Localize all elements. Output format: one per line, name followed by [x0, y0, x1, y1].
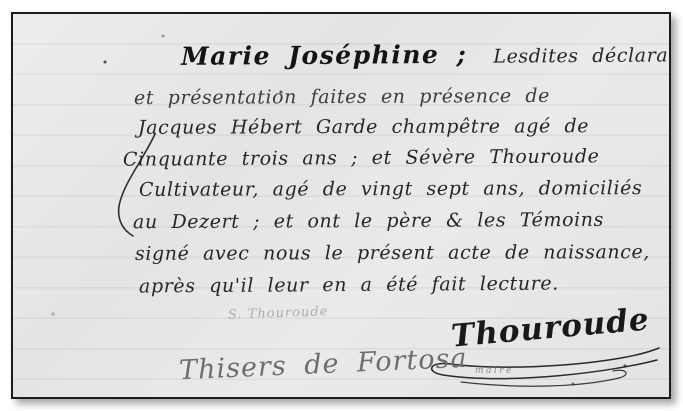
- record-line: et présentation faites en présence de: [134, 85, 550, 109]
- document-viewer: Marie Joséphine ;Lesdites déclaration et…: [0, 0, 683, 411]
- child-name: Marie Joséphine ;: [181, 40, 468, 71]
- record-text: Lesdites déclaration: [493, 44, 671, 67]
- record-line: Cinquante trois ans ; et Sévère Thouroud…: [123, 145, 600, 170]
- record-line: signé avec nous le présent acte de naiss…: [135, 241, 650, 265]
- record-line: Jacques Hébert Garde champêtre agé de: [138, 115, 589, 139]
- record-line: au Dezert ; et ont le père & les Témoins: [133, 209, 604, 233]
- signature-faint: S. Thouroude: [228, 304, 329, 322]
- record-line: Marie Joséphine ;Lesdites déclaration: [181, 38, 671, 71]
- record-line: Cultivateur, agé de vingt sept ans, domi…: [139, 177, 642, 201]
- record-line: après qu'il leur en a été fait lecture.: [139, 273, 559, 298]
- scanned-record-image: Marie Joséphine ;Lesdites déclaration et…: [11, 12, 671, 399]
- signature-title: maire: [475, 366, 514, 376]
